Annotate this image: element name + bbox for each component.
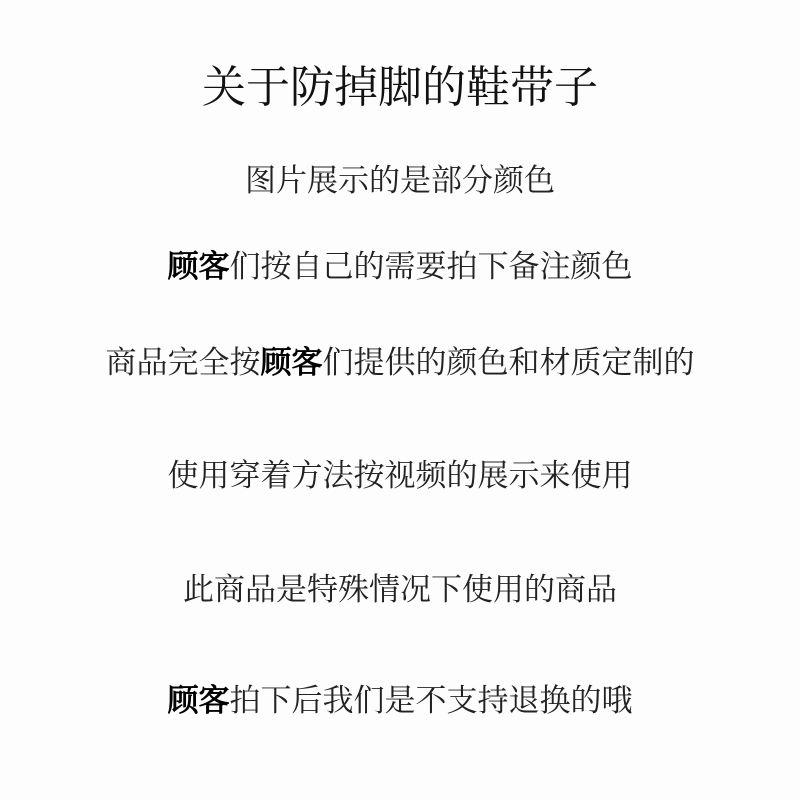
page-title: 关于防掉脚的鞋带子 xyxy=(0,66,800,110)
notice-line-3-emphasis: 顾客 xyxy=(261,345,323,381)
notice-line-1: 图片展示的是部分颜色 xyxy=(0,166,800,197)
notice-line-6: 顾客拍下后我们是不支持退换的哦 xyxy=(0,686,800,717)
notice-line-3: 商品完全按顾客们提供的颜色和材质定制的 xyxy=(0,348,800,379)
notice-line-5: 此商品是特殊情况下使用的商品 xyxy=(0,575,800,606)
notice-line-6-text: 拍下后我们是不支持退换的哦 xyxy=(230,683,633,719)
notice-line-4-text: 使用穿着方法按视频的展示来使用 xyxy=(168,458,633,494)
notice-line-5-text: 此商品是特殊情况下使用的商品 xyxy=(183,572,617,608)
notice-line-2-emphasis: 顾客 xyxy=(168,249,230,285)
notice-line-4: 使用穿着方法按视频的展示来使用 xyxy=(0,461,800,492)
notice-line-3-pre: 商品完全按 xyxy=(106,345,261,381)
notice-line-6-emphasis: 顾客 xyxy=(168,683,230,719)
notice-line-3-text: 们提供的颜色和材质定制的 xyxy=(323,345,695,381)
notice-line-2-text: 们按自己的需要拍下备注颜色 xyxy=(230,249,633,285)
notice-line-1-text: 图片展示的是部分颜色 xyxy=(245,163,555,199)
notice-line-2: 顾客们按自己的需要拍下备注颜色 xyxy=(0,252,800,283)
